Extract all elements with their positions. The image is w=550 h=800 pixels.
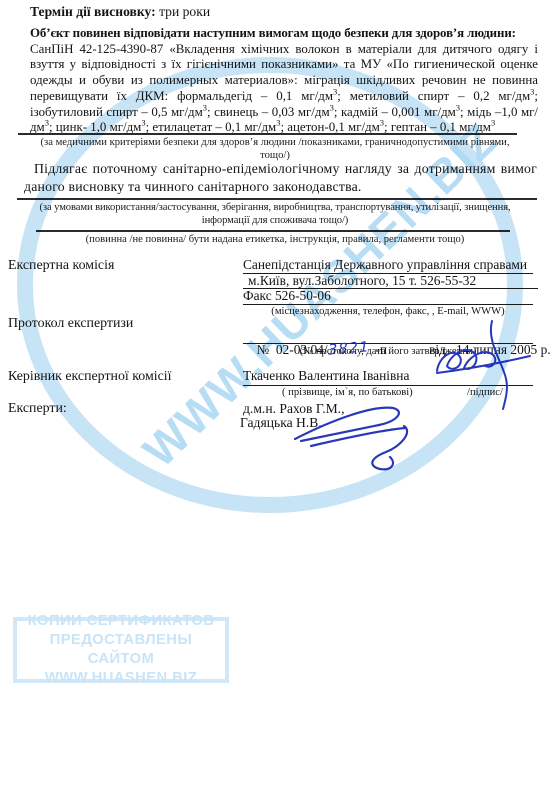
scanned-certificate-page: Термін дії висновку: три роки Об’єкт пов… xyxy=(0,0,550,800)
head-signature-note: /підпис/ xyxy=(467,387,503,398)
divider-rule xyxy=(17,198,537,200)
head-name-note: ( прізвище, ім`я, по батькові) xyxy=(282,387,413,398)
note-usage-conditions: (за умовами використання/застосування, з… xyxy=(17,201,533,227)
watermark-box-line-3: WWW.HUASHEN.BIZ xyxy=(17,669,225,688)
commission-field-note: (місцезнаходження, телефон, факс, , E-ma… xyxy=(243,306,533,317)
commission-label: Експертна комісія xyxy=(8,258,114,274)
term-value: три роки xyxy=(159,4,210,19)
head-label: Керівник експертної комісії xyxy=(8,369,172,385)
divider-rule xyxy=(36,230,510,232)
note-label-instruction: (повинна /не повинна/ бути надана етикет… xyxy=(35,233,515,246)
expert-name-2: Гадяцька Н.В. xyxy=(240,415,322,431)
term-line: Термін дії висновку: три роки xyxy=(30,4,210,20)
commission-address-line: м.Київ, вул.Заболотного, 15 т. 526-55-32 xyxy=(243,273,538,289)
commission-fax-line: Факс 526-50-06 xyxy=(243,288,533,305)
head-name: Ткаченко Валентина Іванівна xyxy=(243,368,533,386)
watermark-box-line-1: КОПИИ СЕРТИФИКАТОВ xyxy=(17,612,225,631)
watermark-box-line-2: ПРЕДОСТАВЛЕНЫ САЙТОМ xyxy=(17,631,225,669)
divider-rule xyxy=(18,133,517,135)
commission-name-line: Санепідстанція Державного управління спр… xyxy=(243,257,533,274)
experts-label: Експерти: xyxy=(8,401,67,417)
protocol-number-line: № 02-03.04/3821-пвід 14 липня 2005 р. xyxy=(243,326,533,344)
protocol-label: Протокол експертизи xyxy=(8,316,133,332)
requirements-paragraph: Об’єкт повинен відповідати наступним вим… xyxy=(30,26,538,136)
term-label: Термін дії висновку: xyxy=(30,4,156,19)
note-medical-criteria: (за медичними критеріями безпеки для здо… xyxy=(35,136,515,162)
watermark-site-box: КОПИИ СЕРТИФИКАТОВ ПРЕДОСТАВЛЕНЫ САЙТОМ … xyxy=(13,617,229,683)
protocol-field-note: (№ протоколу, дата його затвердження) xyxy=(243,346,533,357)
supervision-paragraph: Підлягає поточному санітарно-епідеміолог… xyxy=(24,160,537,195)
